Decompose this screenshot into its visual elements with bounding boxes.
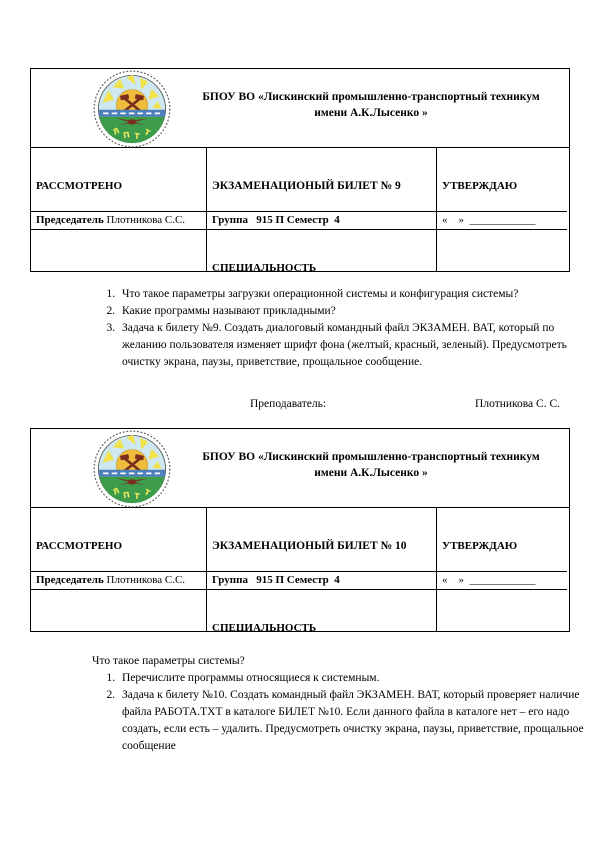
exam-block: ЭКЗАМЕНАЦИОНЫЙ БИЛЕТ № 9 Дисциплина «Опе… <box>206 148 436 211</box>
organization-name-line1: БПОУ ВО «Лискинский промышленно-транспор… <box>181 449 561 465</box>
chairman-label: Председатель <box>36 574 104 586</box>
approve-date-cell: « » ____________ 2017 г <box>436 571 567 589</box>
empty-cell <box>436 229 567 271</box>
organization-name: БПОУ ВО «Лискинский промышленно-транспор… <box>181 89 561 121</box>
empty-cell <box>31 589 206 631</box>
exam-block: ЭКЗАМЕНАЦИОНЫЙ БИЛЕТ № 10 Дисциплина «Оп… <box>206 508 436 571</box>
chairman-cell: Председатель Плотникова С.С. <box>31 211 206 229</box>
empty-cell <box>436 589 567 631</box>
ticket-header: Л П Т Т БПОУ ВО «Лискинский промышленно-… <box>31 69 569 148</box>
approve-date-cell: « » ____________ 2017 г <box>436 211 567 229</box>
chairman-cell: Председатель Плотникова С.С. <box>31 571 206 589</box>
empty-cell <box>31 229 206 271</box>
exam-ticket-10-table: Л П Т Т БПОУ ВО «Лискинский промышленно-… <box>30 428 570 632</box>
ticket-9-questions: Что такое параметры загрузки операционно… <box>80 286 595 371</box>
organization-name-line2: имени А.К.Лысенко » <box>181 105 561 121</box>
reviewed-block: РАССМОТРЕНО цикловой комиссией « » _____… <box>31 148 206 211</box>
question-item: Какие программы называют прикладными? <box>118 303 595 320</box>
specialty-title: СПЕЦИАЛЬНОСТЬ <box>212 621 431 631</box>
document-page: Л П Т Т БПОУ ВО «Лискинский промышленно-… <box>0 0 595 842</box>
exam-ticket-9-table: Л П Т Т БПОУ ВО «Лискинский промышленно-… <box>30 68 570 272</box>
specialty-title: СПЕЦИАЛЬНОСТЬ <box>212 261 431 271</box>
organization-name-line1: БПОУ ВО «Лискинский промышленно-транспор… <box>181 89 561 105</box>
teacher-line: Преподаватель: Плотникова С. С. <box>30 398 560 410</box>
question-item: Что такое параметры загрузки операционно… <box>118 286 595 303</box>
reviewed-title: РАССМОТРЕНО <box>36 179 201 194</box>
group-cell: Группа 915 П Семестр 4 <box>206 211 436 229</box>
chairman-name: Плотникова С.С. <box>104 574 185 586</box>
approve-title: УТВЕРЖДАЮ <box>442 539 562 554</box>
college-emblem-icon: Л П Т Т <box>93 430 171 508</box>
exam-title: ЭКЗАМЕНАЦИОНЫЙ БИЛЕТ № 10 <box>212 539 431 554</box>
ticket-header: Л П Т Т БПОУ ВО «Лискинский промышленно-… <box>31 429 569 508</box>
question-item: Задача к билету №10. Создать командный ф… <box>118 687 595 755</box>
ticket-grid: РАССМОТРЕНО цикловой комиссией « » _____… <box>31 508 569 631</box>
ticket-grid: РАССМОТРЕНО цикловой комиссией « » _____… <box>31 148 569 271</box>
specialty-cell: СПЕЦИАЛЬНОСТЬ 09.02.03 «Программирование… <box>206 229 436 271</box>
approve-title: УТВЕРЖДАЮ <box>442 179 562 194</box>
question-item: Перечислите программы относящиеся к сист… <box>118 670 595 687</box>
reviewed-block: РАССМОТРЕНО цикловой комиссией « » _____… <box>31 508 206 571</box>
chairman-label: Председатель <box>36 214 104 226</box>
group-cell: Группа 915 П Семестр 4 <box>206 571 436 589</box>
organization-name-line2: имени А.К.Лысенко » <box>181 465 561 481</box>
exam-title: ЭКЗАМЕНАЦИОНЫЙ БИЛЕТ № 9 <box>212 179 431 194</box>
approve-block: УТВЕРЖДАЮ Зам.директора по УР Попова Ю.А… <box>436 148 567 211</box>
approve-block: УТВЕРЖДАЮ Зам.директора по УР Попова Ю.А… <box>436 508 567 571</box>
chairman-name: Плотникова С.С. <box>104 214 185 226</box>
organization-name: БПОУ ВО «Лискинский промышленно-транспор… <box>181 449 561 481</box>
specialty-cell: СПЕЦИАЛЬНОСТЬ 09.02.03 «Программирование… <box>206 589 436 631</box>
reviewed-title: РАССМОТРЕНО <box>36 539 201 554</box>
teacher-name: Плотникова С. С. <box>475 398 560 410</box>
ticket-10-questions: Перечислите программы относящиеся к сист… <box>80 670 595 755</box>
college-emblem-icon: Л П Т Т <box>93 70 171 148</box>
ticket-10-preamble: Что такое параметры системы? <box>92 653 245 670</box>
teacher-label: Преподаватель: <box>250 398 326 410</box>
question-item: Задача к билету №9. Создать диалоговый к… <box>118 320 595 371</box>
